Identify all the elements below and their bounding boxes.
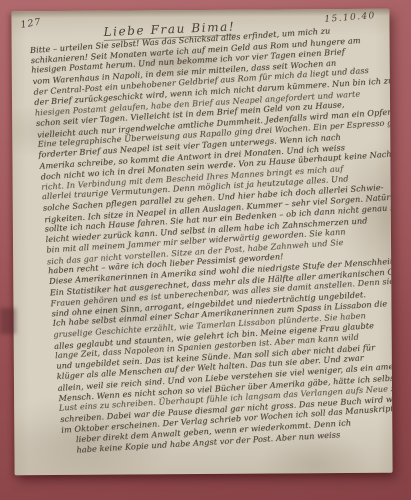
letter-body: Bitte – urteilen Sie selbst! Was das Sch… bbox=[30, 21, 393, 456]
letter-photograph: 127 Liebe Frau Bima! 15.10.40 Bitte – ur… bbox=[0, 0, 411, 500]
page-number: 127 bbox=[20, 17, 43, 31]
letter-paper: 127 Liebe Frau Bima! 15.10.40 Bitte – ur… bbox=[11, 9, 392, 476]
